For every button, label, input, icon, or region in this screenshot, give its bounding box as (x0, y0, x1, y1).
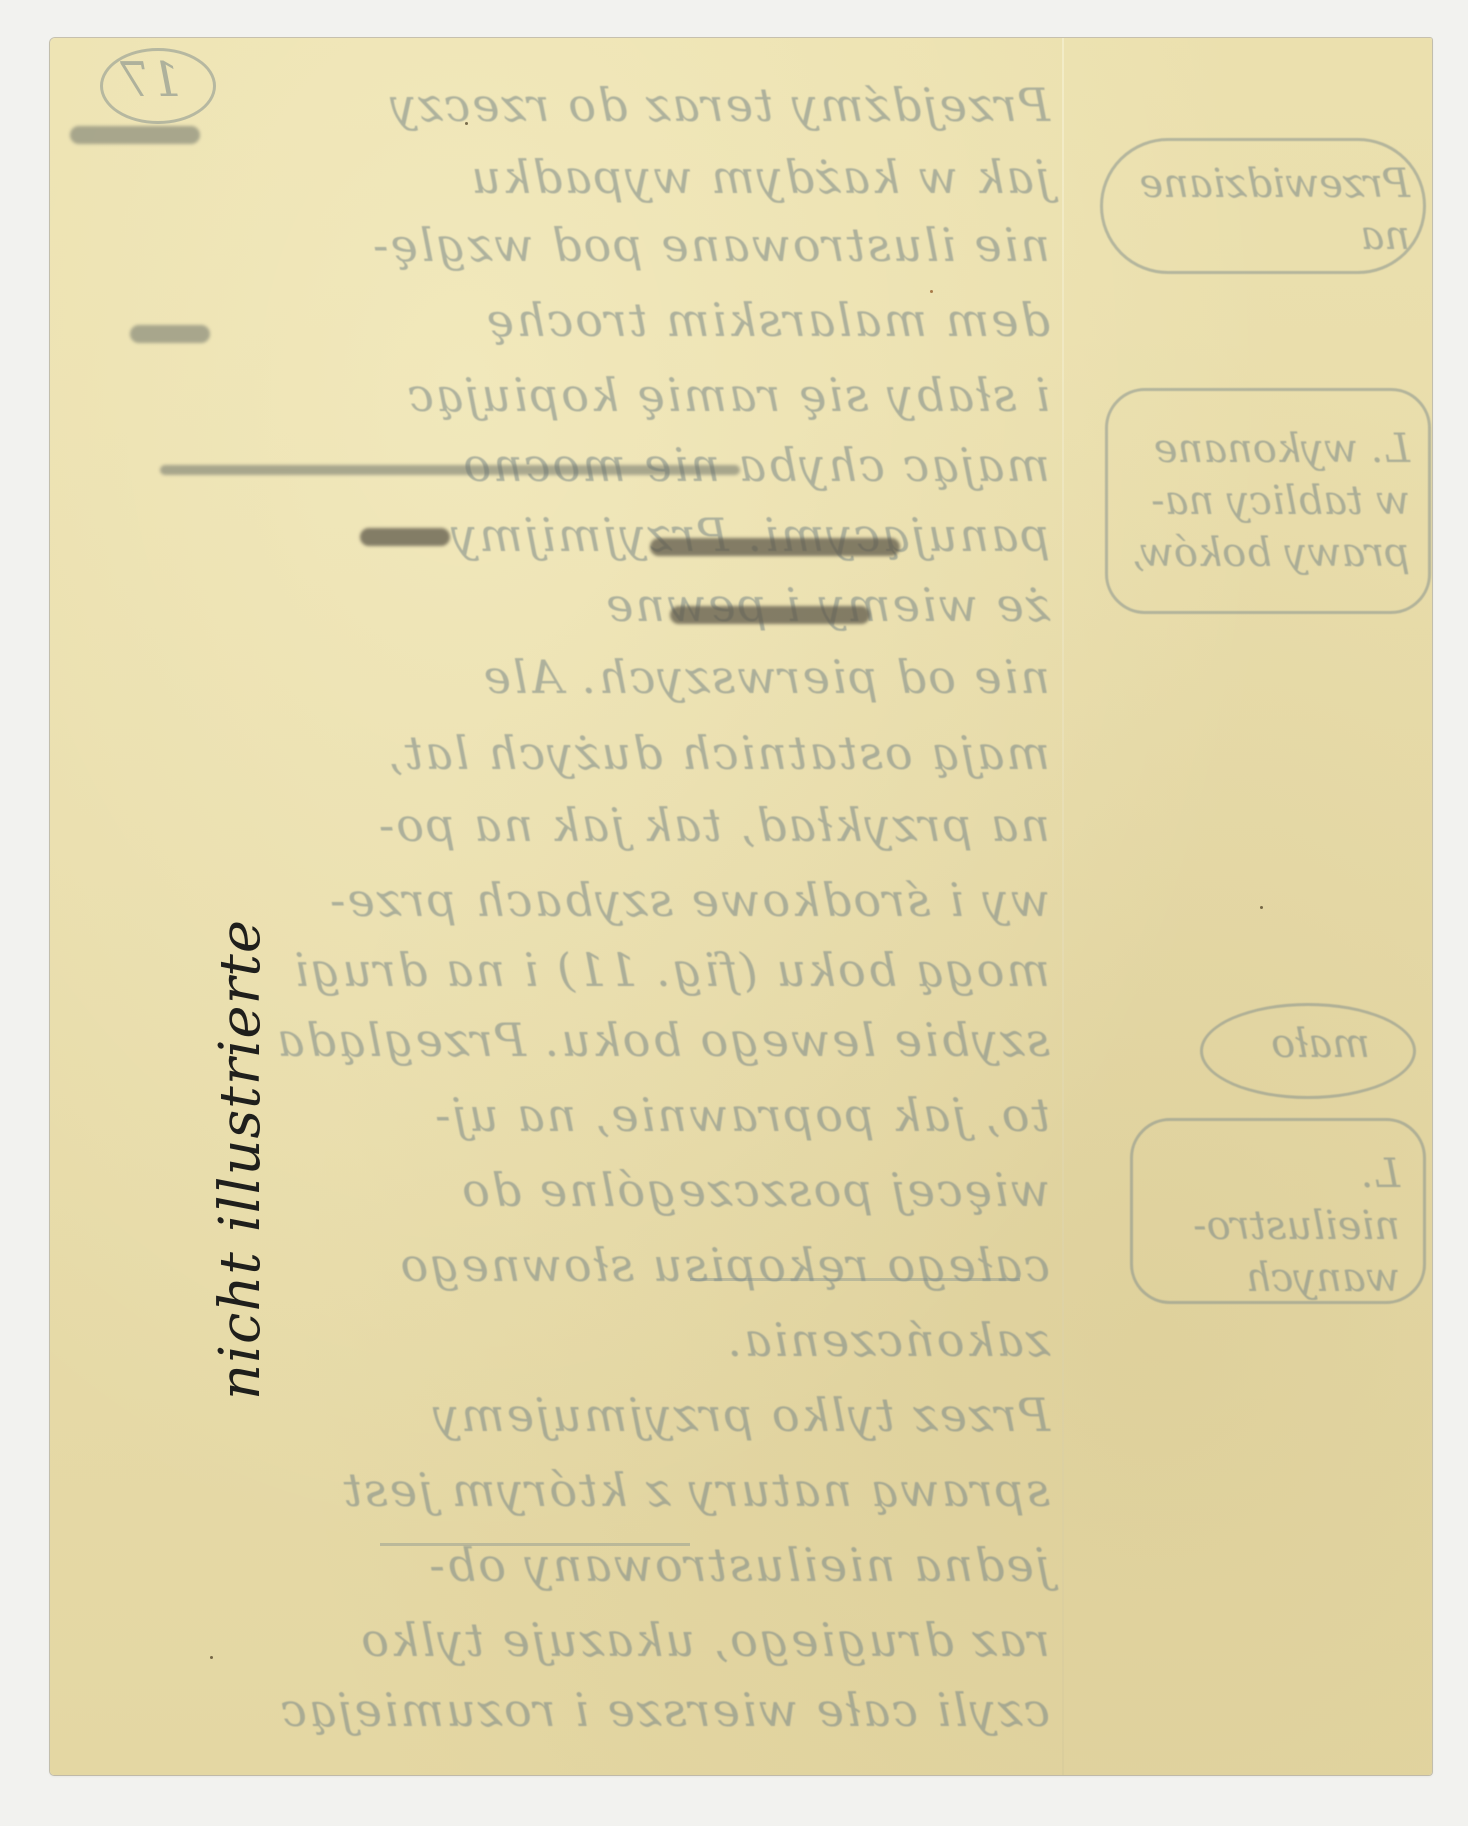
paper-speck (1260, 906, 1263, 909)
bleed-line: raz drugiego, ukazuje tylko (50, 1613, 1050, 1667)
paper-speck (930, 290, 933, 293)
margin-note-text: L. wykonane w tablicy na- prawy boków, (1130, 423, 1410, 579)
bleed-line: Przejdźmy teraz do rzeczy (170, 78, 1050, 132)
bleed-line: nie od pierwszych. Ale (70, 650, 1050, 704)
bleed-line: Przez tylko przyjmujemy (270, 1388, 1050, 1442)
margin-note-text: L. nieilustro- wanych (1160, 1148, 1400, 1304)
strikethrough-mark (160, 465, 740, 475)
bleed-line: że wiemy i pewne (70, 578, 1050, 632)
bleed-line: na przykład, tak jak na po- (70, 798, 1050, 852)
bleed-line: jedna nieilustrowany ob- (70, 1538, 1050, 1592)
underline-mark (690, 1278, 1020, 1281)
ink-smudge (670, 606, 870, 624)
bleed-line: nie ilustrowane pod wzglę- (70, 218, 1050, 272)
margin-note-text: mało (1250, 1018, 1370, 1070)
ink-smudge (360, 528, 450, 546)
manuscript-page: 17 Przejdźmy teraz do rzeczy jak w każdy… (50, 38, 1432, 1775)
paper-speck (210, 1656, 213, 1659)
bleed-line: dem malarskim trochę (70, 293, 1050, 347)
bleed-line: sprawą natury z którym jest (70, 1463, 1050, 1517)
underline-mark (380, 1543, 690, 1546)
paper-speck (465, 122, 468, 125)
bleed-line: mają ostatnich dużych lat, (70, 726, 1050, 780)
paper-fold-line (1062, 38, 1064, 1775)
nicht-illustrierte-annotation: nicht illustrierte (208, 919, 273, 1400)
ink-smudge (650, 538, 900, 556)
bleed-line: jak w każdym wypadku (70, 150, 1050, 204)
bleed-line: i słaby się ramię kopiując (70, 368, 1050, 422)
margin-note-text: Przewidziane na (1140, 158, 1410, 262)
bleed-line: czyli całe wiersze i rozumiejąc (50, 1683, 1050, 1737)
strikethrough-mark (130, 325, 210, 343)
bleed-line: panującymi. Przyjmijmy (70, 508, 1050, 562)
strikethrough-mark (70, 126, 200, 144)
bleed-line: zakończenia. (650, 1313, 1050, 1367)
